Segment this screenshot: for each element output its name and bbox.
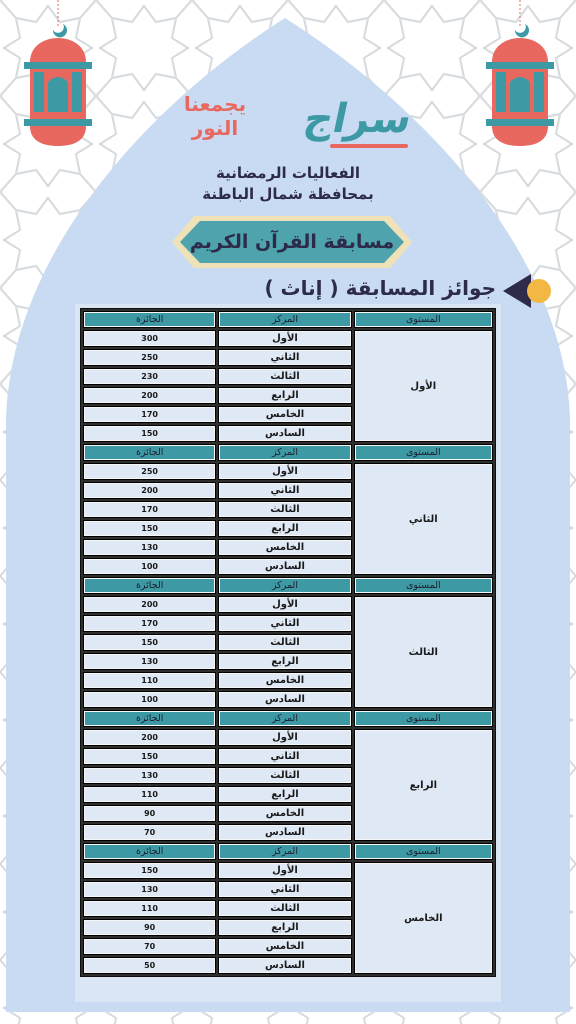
place-cell: الخامس: [218, 805, 351, 822]
place-cell: السادس: [218, 425, 351, 442]
table-header-row: المستوىالمركزالجائزة: [83, 311, 493, 328]
level-cell: الثالث: [354, 596, 493, 708]
lantern-icon: [484, 0, 556, 150]
prize-cell: 130: [83, 881, 216, 898]
prize-cell: 90: [83, 919, 216, 936]
place-cell: السادس: [218, 691, 351, 708]
place-cell: الثالث: [218, 767, 351, 784]
prize-cell: 200: [83, 387, 216, 404]
prize-cell: 150: [83, 520, 216, 537]
prize-cell: 200: [83, 729, 216, 746]
lantern-icon: [22, 0, 94, 150]
header-prize: الجائزة: [83, 577, 216, 594]
prize-cell: 130: [83, 539, 216, 556]
prize-cell: 150: [83, 748, 216, 765]
header-level: المستوى: [354, 843, 493, 860]
header-level: المستوى: [354, 577, 493, 594]
prize-cell: 50: [83, 957, 216, 974]
place-cell: الرابع: [218, 786, 351, 803]
logo-underline: [330, 144, 408, 148]
header-place: المركز: [218, 843, 351, 860]
table-header-row: المستوىالمركزالجائزة: [83, 577, 493, 594]
place-cell: الثاني: [218, 349, 351, 366]
place-cell: الأول: [218, 862, 351, 879]
subtitle-events: الفعاليات الرمضانية: [150, 163, 426, 183]
place-cell: الرابع: [218, 919, 351, 936]
logo-tagline: يجمعنا النور: [170, 92, 260, 140]
prize-cell: 90: [83, 805, 216, 822]
header-level: المستوى: [354, 444, 493, 461]
prize-cell: 300: [83, 330, 216, 347]
header-place: المركز: [218, 444, 351, 461]
place-cell: الخامس: [218, 406, 351, 423]
prize-cell: 230: [83, 368, 216, 385]
header-prize: الجائزة: [83, 311, 216, 328]
place-cell: الثاني: [218, 615, 351, 632]
place-cell: الخامس: [218, 938, 351, 955]
place-cell: السادس: [218, 824, 351, 841]
table-row: الثانيالأول250: [83, 463, 493, 480]
place-cell: الثاني: [218, 482, 351, 499]
header-place: المركز: [218, 710, 351, 727]
prize-cell: 130: [83, 653, 216, 670]
header-place: المركز: [218, 577, 351, 594]
prize-cell: 100: [83, 691, 216, 708]
place-cell: الأول: [218, 330, 351, 347]
prize-cell: 110: [83, 672, 216, 689]
place-cell: الرابع: [218, 653, 351, 670]
table-header-row: المستوىالمركزالجائزة: [83, 444, 493, 461]
table-row: الرابعالأول200: [83, 729, 493, 746]
place-cell: الرابع: [218, 387, 351, 404]
prize-cell: 170: [83, 615, 216, 632]
prize-cell: 200: [83, 482, 216, 499]
competition-title: مسابقة القرآن الكريم: [170, 214, 414, 270]
table-header-row: المستوىالمركزالجائزة: [83, 710, 493, 727]
prize-cell: 130: [83, 767, 216, 784]
place-cell: الخامس: [218, 672, 351, 689]
place-cell: الرابع: [218, 520, 351, 537]
prize-cell: 70: [83, 938, 216, 955]
place-cell: الثاني: [218, 748, 351, 765]
level-cell: الثاني: [354, 463, 493, 575]
siraj-logo: يجمعنا النور سراج: [170, 92, 440, 152]
prize-cell: 150: [83, 425, 216, 442]
prize-cell: 70: [83, 824, 216, 841]
place-cell: الخامس: [218, 539, 351, 556]
level-cell: الخامس: [354, 862, 493, 974]
place-cell: الأول: [218, 729, 351, 746]
place-cell: الثاني: [218, 881, 351, 898]
prize-cell: 250: [83, 463, 216, 480]
table-header-row: المستوىالمركزالجائزة: [83, 843, 493, 860]
header-level: المستوى: [354, 710, 493, 727]
header-prize: الجائزة: [83, 843, 216, 860]
place-cell: الأول: [218, 463, 351, 480]
arrow-pointer-icon: [503, 272, 555, 310]
subtitle-governorate: بمحافظة شمال الباطنة: [150, 184, 426, 204]
prize-cell: 250: [83, 349, 216, 366]
place-cell: الثالث: [218, 900, 351, 917]
prize-cell: 110: [83, 786, 216, 803]
level-cell: الرابع: [354, 729, 493, 841]
header-place: المركز: [218, 311, 351, 328]
prize-cell: 170: [83, 501, 216, 518]
header-prize: الجائزة: [83, 710, 216, 727]
place-cell: السادس: [218, 957, 351, 974]
header-level: المستوى: [354, 311, 493, 328]
place-cell: السادس: [218, 558, 351, 575]
prize-cell: 200: [83, 596, 216, 613]
prize-cell: 150: [83, 634, 216, 651]
prize-cell: 150: [83, 862, 216, 879]
place-cell: الأول: [218, 596, 351, 613]
prize-cell: 100: [83, 558, 216, 575]
logo-wordmark: سراج: [283, 94, 434, 144]
place-cell: الثالث: [218, 368, 351, 385]
section-title: جوائز المسابقة ( إناث ): [264, 276, 496, 300]
table-row: الخامسالأول150: [83, 862, 493, 879]
header-prize: الجائزة: [83, 444, 216, 461]
level-cell: الأول: [354, 330, 493, 442]
prize-cell: 170: [83, 406, 216, 423]
table-row: الثالثالأول200: [83, 596, 493, 613]
prize-table: المستوىالمركزالجائزةالأولالأول300الثاني2…: [80, 308, 496, 977]
prize-cell: 110: [83, 900, 216, 917]
place-cell: الثالث: [218, 634, 351, 651]
place-cell: الثالث: [218, 501, 351, 518]
table-row: الأولالأول300: [83, 330, 493, 347]
